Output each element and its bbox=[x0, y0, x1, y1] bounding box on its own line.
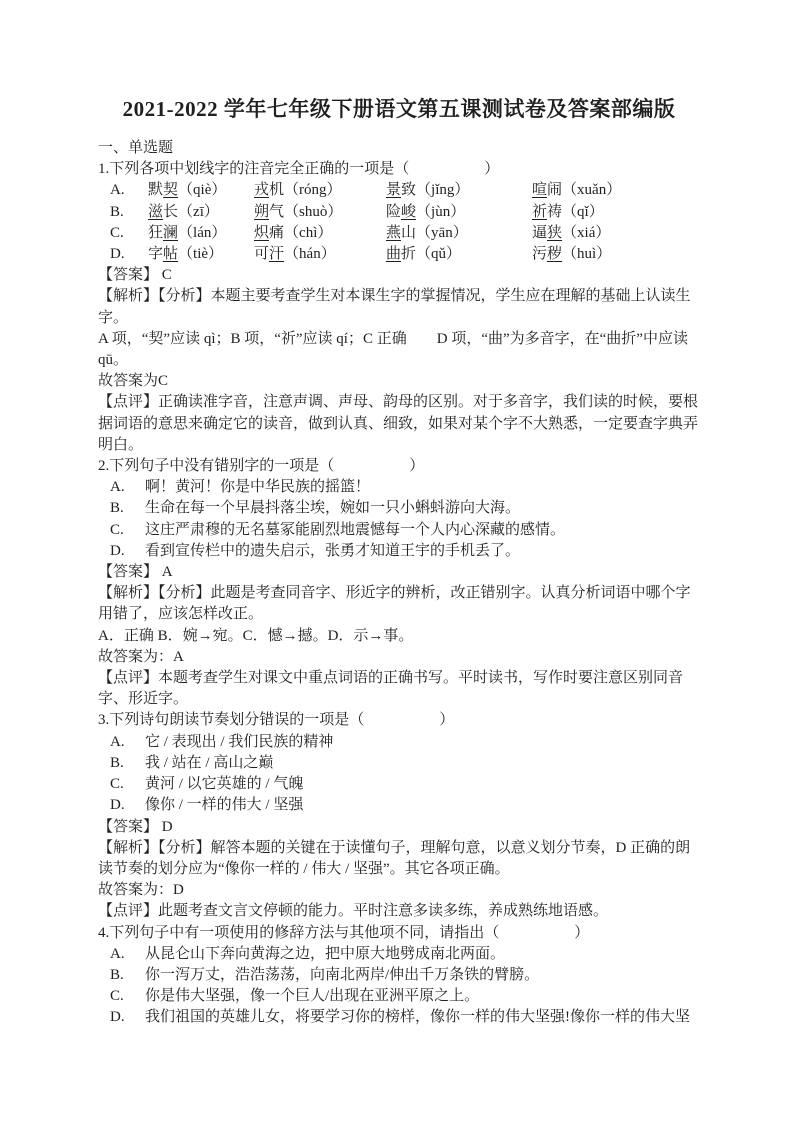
question-stem: 1.下列各项中划线字的注音完全正确的一项是（ ） bbox=[98, 159, 700, 180]
option-text: 它 / 表现出 / 我们民族的精神 bbox=[145, 734, 333, 750]
word-underlined: 景 bbox=[386, 182, 401, 198]
pinyin-word: 祈祷（qǐ） bbox=[532, 202, 604, 223]
word-underlined: 戎 bbox=[254, 182, 269, 198]
pinyin-word: 景致（jǐng） bbox=[386, 180, 532, 201]
word-pinyin: （jùn） bbox=[416, 204, 465, 220]
pinyin-word: 狂澜（lán） bbox=[148, 223, 254, 244]
word-pinyin: （zī） bbox=[178, 204, 219, 220]
option-letter: A. bbox=[110, 477, 145, 498]
option-text: 你一泻万丈，浩浩荡荡，向南北两岸/伸出千万条铁的臂膀。 bbox=[145, 967, 539, 983]
option-row: A.从昆仑山下奔向黄海之边，把中原大地劈成南北两面。 bbox=[98, 944, 700, 965]
word-pinyin: （yān） bbox=[416, 225, 468, 241]
pinyin-word: 喧闹（xuǎn） bbox=[532, 180, 621, 201]
word-underlined: 帖 bbox=[163, 246, 178, 262]
word-underlined: 喧 bbox=[532, 182, 547, 198]
option-letter: A. bbox=[110, 180, 148, 201]
word-pre: 狂 bbox=[148, 225, 163, 241]
word-post: 痛 bbox=[269, 225, 284, 241]
option-row: C.你是伟大坚强，像一个巨人/出现在亚洲平原之上。 bbox=[98, 986, 700, 1007]
word-pinyin: （shuò） bbox=[284, 204, 342, 220]
pinyin-word: 字帖（tiè） bbox=[148, 244, 254, 265]
option-text: 像你 / 一样的伟大 / 坚强 bbox=[145, 797, 303, 813]
explanation-paragraph: 故答案为：D bbox=[98, 880, 700, 901]
word-underlined: 曲 bbox=[386, 246, 401, 262]
options-list: A.默契（qiè）戎机（róng）景致（jǐng）喧闹（xuǎn）B.滋长（zī… bbox=[98, 180, 700, 265]
option-text: 看到宣传栏中的遗失启示，张勇才知道王宇的手机丢了。 bbox=[145, 543, 520, 559]
option-text: 从昆仑山下奔向黄海之边，把中原大地劈成南北两面。 bbox=[145, 946, 505, 962]
questions-container: 1.下列各项中划线字的注音完全正确的一项是（ ） A.默契（qiè）戎机（rón… bbox=[98, 159, 700, 1028]
question-stem: 4.下列句子中有一项使用的修辞方法与其他项不同，请指出（ ） bbox=[98, 923, 700, 944]
option-row: C.这庄严肃穆的无名墓冢能剧烈地震憾每一个人内心深藏的感情。 bbox=[98, 520, 700, 541]
option-row: C.狂澜（lán）炽痛（chì）燕山（yān）逼狭（xiá） bbox=[98, 223, 700, 244]
word-underlined: 朔 bbox=[254, 204, 269, 220]
explanation-paragraph: A 项，“契”应读 qì；B 项，“祈”应读 qí；C 正确 D 项，“曲”为多… bbox=[98, 329, 700, 371]
word-underlined: 峻 bbox=[401, 204, 416, 220]
word-pinyin: （róng） bbox=[284, 182, 342, 198]
pinyin-word: 炽痛（chì） bbox=[254, 223, 386, 244]
word-post: 致 bbox=[401, 182, 416, 198]
question-stem: 3.下列诗句朗读节奏划分错误的一项是（ ） bbox=[98, 710, 700, 731]
word-pinyin: （chì） bbox=[284, 225, 332, 241]
option-text: 我 / 站在 / 高山之巅 bbox=[145, 755, 273, 771]
word-pinyin: （qǐ） bbox=[562, 204, 604, 220]
word-underlined: 燕 bbox=[386, 225, 401, 241]
question-block: 1.下列各项中划线字的注音完全正确的一项是（ ） A.默契（qiè）戎机（rón… bbox=[98, 159, 700, 456]
word-post: 机 bbox=[269, 182, 284, 198]
option-letter: C. bbox=[110, 774, 145, 795]
option-text: 你是伟大坚强，像一个巨人/出现在亚洲平原之上。 bbox=[145, 988, 479, 1004]
option-row: B.滋长（zī）朔气（shuò）险峻（jùn）祈祷（qǐ） bbox=[98, 202, 700, 223]
option-text: 这庄严肃穆的无名墓冢能剧烈地震憾每一个人内心深藏的感情。 bbox=[145, 522, 565, 538]
pinyin-word: 戎机（róng） bbox=[254, 180, 386, 201]
word-pinyin: （lán） bbox=[178, 225, 226, 241]
word-pre: 逼 bbox=[532, 225, 547, 241]
document-page: 2021-2022 学年七年级下册语文第五课测试卷及答案部编版 一、单选题 1.… bbox=[0, 0, 793, 1029]
word-pinyin: （qiè） bbox=[178, 182, 226, 198]
word-post: 长 bbox=[163, 204, 178, 220]
option-text: 黄河 / 以它英雄的 / 气魄 bbox=[145, 776, 303, 792]
option-letter: A. bbox=[110, 944, 145, 965]
pinyin-word: 可汗（hán） bbox=[254, 244, 386, 265]
option-letter: D. bbox=[110, 244, 148, 265]
word-underlined: 澜 bbox=[163, 225, 178, 241]
option-row: D.我们祖国的英雄儿女，将要学习你的榜样，像你一样的伟大坚强!像你一样的伟大坚 bbox=[98, 1007, 700, 1028]
pinyin-word: 默契（qiè） bbox=[148, 180, 254, 201]
word-pinyin: （qǔ） bbox=[416, 246, 461, 262]
options-list: A.从昆仑山下奔向黄海之边，把中原大地劈成南北两面。B.你一泻万丈，浩浩荡荡，向… bbox=[98, 944, 700, 1029]
word-pre: 污 bbox=[532, 246, 547, 262]
explanation-paragraph: 【点评】本题考查学生对课文中重点词语的正确书写。平时读书，写作时要注意区别同音字… bbox=[98, 668, 700, 710]
word-underlined: 汗 bbox=[269, 246, 284, 262]
explanation-paragraph: 【解析】【分析】此题是考查同音字、形近字的辨析，改正错别字。认真分析词语中哪个字… bbox=[98, 583, 700, 625]
option-letter: C. bbox=[110, 520, 145, 541]
option-row: D.像你 / 一样的伟大 / 坚强 bbox=[98, 795, 700, 816]
word-pinyin: （hán） bbox=[284, 246, 336, 262]
option-letter: C. bbox=[110, 986, 145, 1007]
explanation: 【解析】【分析】本题主要考查学生对本课生字的掌握情况，学生应在理解的基础上认读生… bbox=[98, 286, 700, 456]
word-underlined: 契 bbox=[163, 182, 178, 198]
word-underlined: 狭 bbox=[547, 225, 562, 241]
answer-line: 【答案】 D bbox=[98, 817, 700, 838]
option-letter: D. bbox=[110, 541, 145, 562]
word-post: 祷 bbox=[547, 204, 562, 220]
option-text: 我们祖国的英雄儿女，将要学习你的榜样，像你一样的伟大坚强!像你一样的伟大坚 bbox=[145, 1009, 690, 1025]
option-row: A.它 / 表现出 / 我们民族的精神 bbox=[98, 732, 700, 753]
pinyin-word: 朔气（shuò） bbox=[254, 202, 386, 223]
explanation-paragraph: 【解析】【分析】解答本题的关键在于读懂句子，理解句意，以意义划分节奏，D 正确的… bbox=[98, 838, 700, 880]
word-pinyin: （xuǎn） bbox=[562, 182, 621, 198]
option-row: A.默契（qiè）戎机（róng）景致（jǐng）喧闹（xuǎn） bbox=[98, 180, 700, 201]
options-list: A.啊！黄河！你是中华民族的摇篮！B.生命在每一个早晨抖落尘埃，婉如一只小蝌蚪游… bbox=[98, 477, 700, 562]
word-underlined: 秽 bbox=[547, 246, 562, 262]
option-text: 生命在每一个早晨抖落尘埃，婉如一只小蝌蚪游向大海。 bbox=[145, 500, 520, 516]
pinyin-word: 滋长（zī） bbox=[148, 202, 254, 223]
page-title: 2021-2022 学年七年级下册语文第五课测试卷及答案部编版 bbox=[98, 94, 700, 124]
question-block: 2.下列句子中没有错别字的一项是（ ） A.啊！黄河！你是中华民族的摇篮！B.生… bbox=[98, 456, 700, 710]
question-stem: 2.下列句子中没有错别字的一项是（ ） bbox=[98, 456, 700, 477]
word-pinyin: （jǐng） bbox=[416, 182, 469, 198]
option-row: B.我 / 站在 / 高山之巅 bbox=[98, 753, 700, 774]
word-pinyin: （tiè） bbox=[178, 246, 223, 262]
pinyin-word: 污秽（huì） bbox=[532, 244, 611, 265]
word-pinyin: （xiá） bbox=[562, 225, 610, 241]
option-text: 啊！黄河！你是中华民族的摇篮！ bbox=[145, 479, 370, 495]
word-underlined: 祈 bbox=[532, 204, 547, 220]
word-pre: 默 bbox=[148, 182, 163, 198]
option-row: B.生命在每一个早晨抖落尘埃，婉如一只小蝌蚪游向大海。 bbox=[98, 498, 700, 519]
option-letter: B. bbox=[110, 202, 148, 223]
option-letter: D. bbox=[110, 1007, 145, 1028]
explanation-paragraph: 故答案为C bbox=[98, 371, 700, 392]
option-row: B.你一泻万丈，浩浩荡荡，向南北两岸/伸出千万条铁的臂膀。 bbox=[98, 965, 700, 986]
word-pre: 险 bbox=[386, 204, 401, 220]
question-block: 3.下列诗句朗读节奏划分错误的一项是（ ） A.它 / 表现出 / 我们民族的精… bbox=[98, 710, 700, 922]
word-post: 闹 bbox=[547, 182, 562, 198]
explanation-paragraph: 故答案为：A bbox=[98, 647, 700, 668]
explanation-paragraph: 【解析】【分析】本题主要考查学生对本课生字的掌握情况，学生应在理解的基础上认读生… bbox=[98, 286, 700, 328]
explanation: 【解析】【分析】解答本题的关键在于读懂句子，理解句意，以意义划分节奏，D 正确的… bbox=[98, 838, 700, 923]
word-pre: 可 bbox=[254, 246, 269, 262]
word-post: 山 bbox=[401, 225, 416, 241]
option-letter: B. bbox=[110, 965, 145, 986]
option-letter: A. bbox=[110, 732, 145, 753]
word-pre: 字 bbox=[148, 246, 163, 262]
pinyin-word: 险峻（jùn） bbox=[386, 202, 532, 223]
option-letter: C. bbox=[110, 223, 148, 244]
pinyin-word: 逼狭（xiá） bbox=[532, 223, 610, 244]
option-letter: B. bbox=[110, 753, 145, 774]
option-row: D.看到宣传栏中的遗失启示，张勇才知道王宇的手机丢了。 bbox=[98, 541, 700, 562]
option-row: A.啊！黄河！你是中华民族的摇篮！ bbox=[98, 477, 700, 498]
explanation-paragraph: 【点评】正确读准字音，注意声调、声母、韵母的区别。对于多音字，我们读的时候，要根… bbox=[98, 392, 700, 456]
word-post: 折 bbox=[401, 246, 416, 262]
section-heading: 一、单选题 bbox=[98, 138, 700, 159]
option-row: C.黄河 / 以它英雄的 / 气魄 bbox=[98, 774, 700, 795]
option-row: D.字帖（tiè）可汗（hán）曲折（qǔ）污秽（huì） bbox=[98, 244, 700, 265]
option-letter: D. bbox=[110, 795, 145, 816]
option-letter: B. bbox=[110, 498, 145, 519]
word-underlined: 滋 bbox=[148, 204, 163, 220]
word-post: 气 bbox=[269, 204, 284, 220]
word-underlined: 炽 bbox=[254, 225, 269, 241]
answer-line: 【答案】 C bbox=[98, 265, 700, 286]
pinyin-word: 燕山（yān） bbox=[386, 223, 532, 244]
options-list: A.它 / 表现出 / 我们民族的精神B.我 / 站在 / 高山之巅C.黄河 /… bbox=[98, 732, 700, 817]
explanation-paragraph: A．正确 B．婉→宛。C．憾→撼。D．示→事。 bbox=[98, 626, 700, 647]
explanation-paragraph: 【点评】此题考查文言文停顿的能力。平时注意多读多练，养成熟练地语感。 bbox=[98, 901, 700, 922]
word-pinyin: （huì） bbox=[562, 246, 611, 262]
explanation: 【解析】【分析】此题是考查同音字、形近字的辨析，改正错别字。认真分析词语中哪个字… bbox=[98, 583, 700, 710]
question-block: 4.下列句子中有一项使用的修辞方法与其他项不同，请指出（ ） A.从昆仑山下奔向… bbox=[98, 923, 700, 1029]
pinyin-word: 曲折（qǔ） bbox=[386, 244, 532, 265]
answer-line: 【答案】 A bbox=[98, 562, 700, 583]
